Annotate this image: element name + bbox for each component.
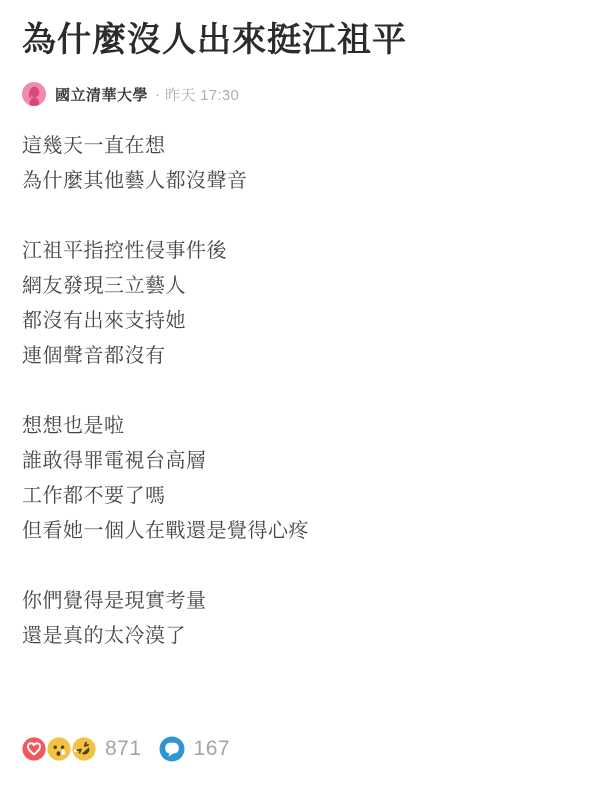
post-body-line: 還是真的太冷漠了 xyxy=(22,619,562,654)
post-body-line: 江祖平指控性侵事件後 xyxy=(22,234,562,269)
post-body-line: 都沒有出來支持她 xyxy=(22,304,562,339)
post-footer: 871 167 xyxy=(22,736,562,762)
post-body-line: 但看她一個人在戰還是覺得心疼 xyxy=(22,514,562,549)
post-body-line: 為什麼其他藝人都沒聲音 xyxy=(22,164,562,199)
author-separator: · xyxy=(155,86,160,103)
reaction-stack[interactable] xyxy=(22,737,96,761)
post-body-line: 連個聲音都沒有 xyxy=(22,339,562,374)
post-body: 這幾天一直在想 為什麼其他藝人都沒聲音 江祖平指控性侵事件後 網友發現三立藝人 … xyxy=(22,129,562,654)
author-school-name: 國立清華大學 xyxy=(55,84,148,105)
post-body-line: 工作都不要了嗎 xyxy=(22,479,562,514)
post-body-line: 想想也是啦 xyxy=(22,409,562,444)
avatar-person-icon xyxy=(22,82,46,106)
post-card: 為什麼沒人出來挺江祖平 國立清華大學 · 昨天 17:30 這幾天一直在想 為什… xyxy=(0,0,592,762)
post-body-blank-line xyxy=(22,199,562,234)
comment-bubble-icon[interactable] xyxy=(159,736,185,762)
post-body-blank-line xyxy=(22,549,562,584)
post-body-line: 誰敢得罪電視台高層 xyxy=(22,444,562,479)
post-title: 為什麼沒人出來挺江祖平 xyxy=(22,0,562,61)
post-page: 為什麼沒人出來挺江祖平 國立清華大學 · 昨天 17:30 這幾天一直在想 為什… xyxy=(0,0,592,801)
author-row: 國立清華大學 · 昨天 17:30 xyxy=(22,82,562,106)
rofl-reaction-icon[interactable] xyxy=(72,737,96,761)
post-body-line: 這幾天一直在想 xyxy=(22,129,562,164)
post-timestamp: 昨天 17:30 xyxy=(165,84,239,105)
cry-reaction-icon[interactable] xyxy=(47,737,71,761)
heart-reaction-icon[interactable] xyxy=(22,737,46,761)
post-body-line: 網友發現三立藝人 xyxy=(22,269,562,304)
post-body-blank-line xyxy=(22,374,562,409)
post-body-line: 你們覺得是現實考量 xyxy=(22,584,562,619)
comment-count[interactable]: 167 xyxy=(194,737,231,761)
reaction-count[interactable]: 871 xyxy=(105,737,142,761)
